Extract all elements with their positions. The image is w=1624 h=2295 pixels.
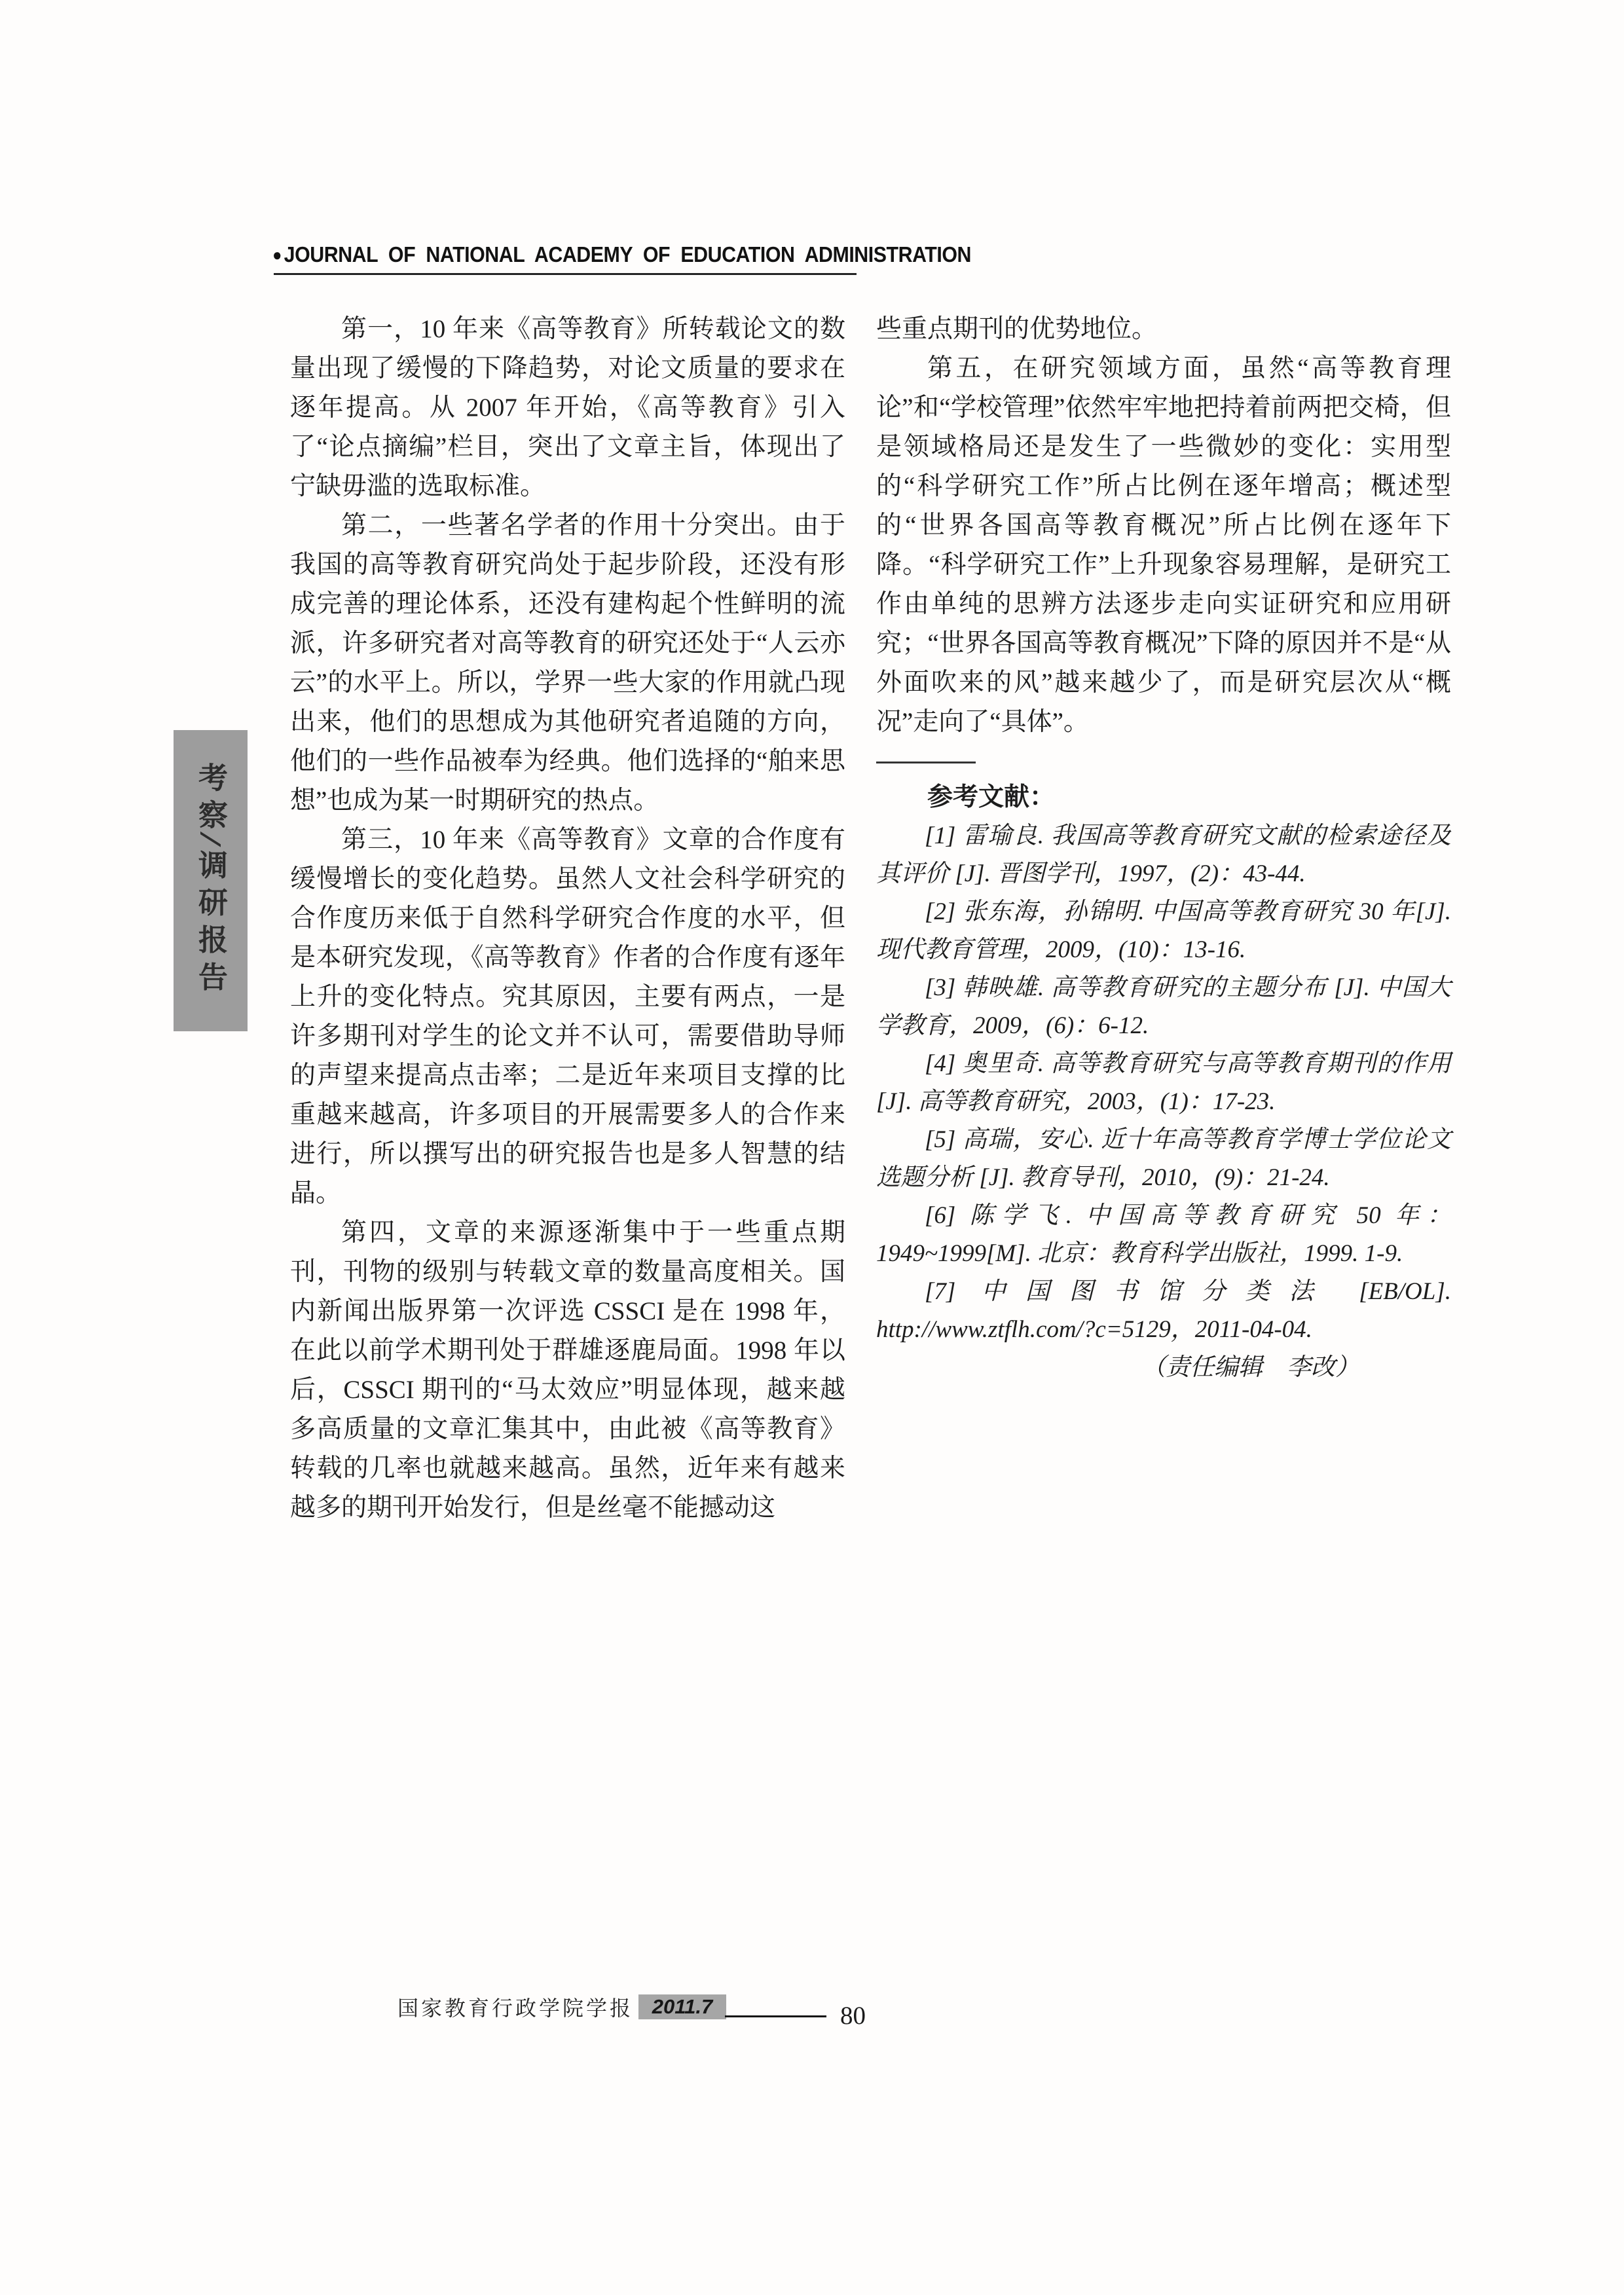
header-rule [274,273,857,275]
section-tab-label: 考察∕调研报告 [189,762,232,999]
reference-item-6: [6] 陈学飞. 中国高等教育研究 50 年：1949~1999[M]. 北京：… [876,1197,1451,1273]
reference-item-2: [2] 张东海，孙锦明. 中国高等教育研究 30 年[J]. 现代教育管理，20… [876,893,1451,969]
footer-rule [725,2015,826,2017]
right-column: 些重点期刊的优势地位。 第五，在研究领域方面，虽然“高等教育理论”和“学校管理”… [876,310,1451,1387]
reference-item-4: [4] 奥里奇. 高等教育研究与高等教育期刊的作用 [J]. 高等教育研究，20… [876,1045,1451,1121]
editor-note: （责任编辑 李改） [876,1349,1451,1387]
left-column: 第一，10 年来《高等教育》所转载论文的数量出现了缓慢的下降趋势，对论文质量的要… [290,310,845,1528]
footer-journal-name: 国家教育行政学院学报 [397,1992,633,2022]
paragraph-3: 第三，10 年来《高等教育》文章的合作度有缓慢增长的变化趋势。虽然人文社会科学研… [290,820,845,1213]
paragraph-5: 第五，在研究领域方面，虽然“高等教育理论”和“学校管理”依然牢牢地把持着前两把交… [876,349,1451,742]
reference-item-7: [7] 中国图书馆分类法 [EB/OL]. http://www.ztflh.c… [876,1273,1451,1349]
reference-item-3: [3] 韩映雄. 高等教育研究的主题分布 [J]. 中国大学教育，2009，(6… [876,969,1451,1045]
journal-header-title: JOURNAL OF NATIONAL ACADEMY OF EDUCATION… [284,242,971,267]
journal-header: ● JOURNAL OF NATIONAL ACADEMY OF EDUCATI… [272,242,971,267]
reference-item-5: [5] 高瑞，安心. 近十年高等教育学博士学位论文选题分析 [J]. 教育导刊，… [876,1121,1451,1197]
paragraph-1: 第一，10 年来《高等教育》所转载论文的数量出现了缓慢的下降趋势，对论文质量的要… [290,310,845,506]
bullet-icon: ● [272,246,282,263]
section-tab: 考察∕调研报告 [174,730,248,1031]
footer-page-number: 80 [840,2001,866,2030]
footer-issue-badge: 2011.7 [638,1994,726,2019]
references-heading: 参考文献： [876,778,1451,817]
paragraph-2: 第二，一些著名学者的作用十分突出。由于我国的高等教育研究尚处于起步阶段，还没有形… [290,506,845,820]
paragraph-4: 第四，文章的来源逐渐集中于一些重点期刊，刊物的级别与转载文章的数量高度相关。国内… [290,1213,845,1528]
footer-issue-label: 2011.7 [652,1995,713,2019]
paragraph-4-continuation: 些重点期刊的优势地位。 [876,310,1451,349]
references-divider [876,762,976,763]
reference-item-1: [1] 雷瑜良. 我国高等教育研究文献的检索途径及其评价 [J]. 晋图学刊，1… [876,817,1451,893]
journal-page: ● JOURNAL OF NATIONAL ACADEMY OF EDUCATI… [0,0,1624,2295]
